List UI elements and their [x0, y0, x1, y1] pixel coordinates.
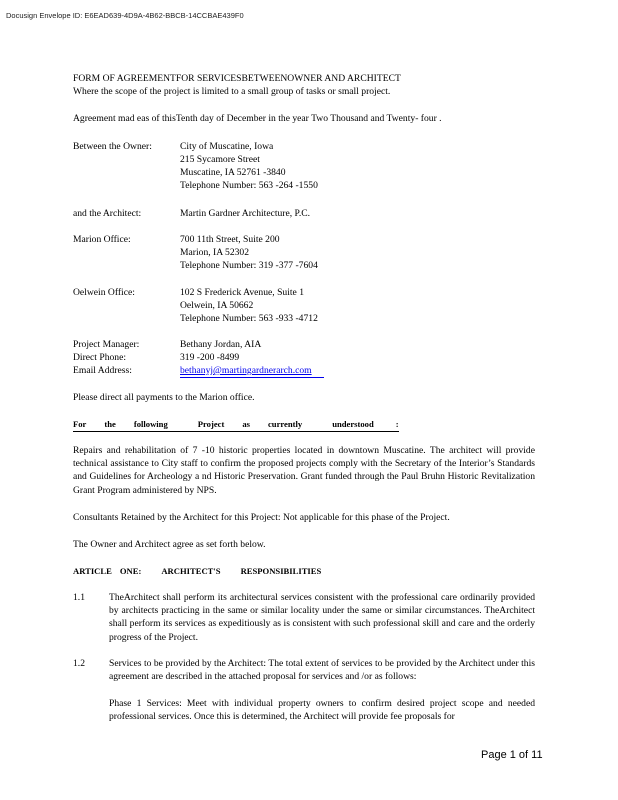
- architect-label: and the Architect:: [73, 207, 141, 220]
- project-manager-label: Project Manager:: [73, 338, 139, 351]
- oelwein-office-label: Oelwein Office:: [73, 286, 135, 299]
- oelwein-office-line: 102 S Frederick Avenue, Suite 1: [180, 286, 304, 299]
- heading-word: following: [134, 419, 168, 429]
- clause-text: Services to be provided by the Architect…: [109, 657, 535, 683]
- heading-word: understood: [332, 419, 374, 429]
- marion-office-line: 700 11th Street, Suite 200: [180, 233, 280, 246]
- payments-note: Please direct all payments to the Marion…: [73, 391, 255, 404]
- email-label: Email Address:: [73, 364, 132, 377]
- consultants-line: Consultants Retained by the Architect fo…: [73, 511, 450, 524]
- marion-office-line: Telephone Number: 319 -377 -7604: [180, 259, 318, 272]
- agree-line: The Owner and Architect agree as set for…: [73, 538, 266, 551]
- owner-line: 215 Sycamore Street: [180, 153, 260, 166]
- heading-word: For: [73, 419, 86, 429]
- oelwein-office-line: Oelwein, IA 50662: [180, 299, 253, 312]
- heading-word: currently: [268, 419, 302, 429]
- article-word: ARCHITECT'S: [161, 566, 220, 576]
- project-description: Repairs and rehabilitation of 7 -10 hist…: [73, 444, 535, 497]
- article-word: RESPONSIBILITIES: [241, 566, 322, 576]
- owner-line: City of Muscatine, Iowa: [180, 140, 273, 153]
- article-word: ONE:: [120, 566, 141, 576]
- project-manager-value: Bethany Jordan, AIA: [180, 338, 261, 351]
- document-subtitle: Where the scope of the project is limite…: [73, 85, 390, 98]
- architect-name: Martin Gardner Architecture, P.C.: [180, 207, 310, 220]
- article-word: ARTICLE: [73, 566, 112, 576]
- email-link[interactable]: bethanyj@martingardnerarch.com: [180, 365, 312, 376]
- clause-subtext: Phase 1 Services: Meet with individual p…: [109, 697, 535, 723]
- clause-number: 1.1: [73, 591, 85, 604]
- owner-label: Between the Owner:: [73, 140, 152, 153]
- heading-word: Project: [198, 419, 225, 429]
- marion-office-label: Marion Office:: [73, 233, 131, 246]
- clause-text: TheArchitect shall perform its architect…: [109, 591, 535, 644]
- marion-office-line: Marion, IA 52302: [180, 246, 249, 259]
- envelope-id: Docusign Envelope ID: E6EAD639-4D9A-4B62…: [6, 11, 244, 20]
- heading-word: the: [104, 419, 115, 429]
- heading-word: :: [396, 419, 399, 429]
- document-title: FORM OF AGREEMENTFOR SERVICESBETWEENOWNE…: [73, 72, 401, 85]
- agreement-date-line: Agreement mad eas of thisTenth day of De…: [73, 112, 442, 125]
- direct-phone-label: Direct Phone:: [73, 351, 126, 364]
- article-heading: ARTICLEONE:ARCHITECT'SRESPONSIBILITIES: [73, 565, 337, 578]
- heading-word: as: [242, 419, 250, 429]
- owner-line: Muscatine, IA 52761 -3840: [180, 166, 286, 179]
- oelwein-office-line: Telephone Number: 563 -933 -4712: [180, 312, 318, 325]
- page-number: Page 1 of 11: [481, 749, 543, 761]
- owner-line: Telephone Number: 563 -264 -1550: [180, 179, 318, 192]
- direct-phone-value: 319 -200 -8499: [180, 351, 239, 364]
- clause-number: 1.2: [73, 657, 85, 670]
- project-heading: ForthefollowingProjectascurrentlyunderst…: [73, 418, 399, 432]
